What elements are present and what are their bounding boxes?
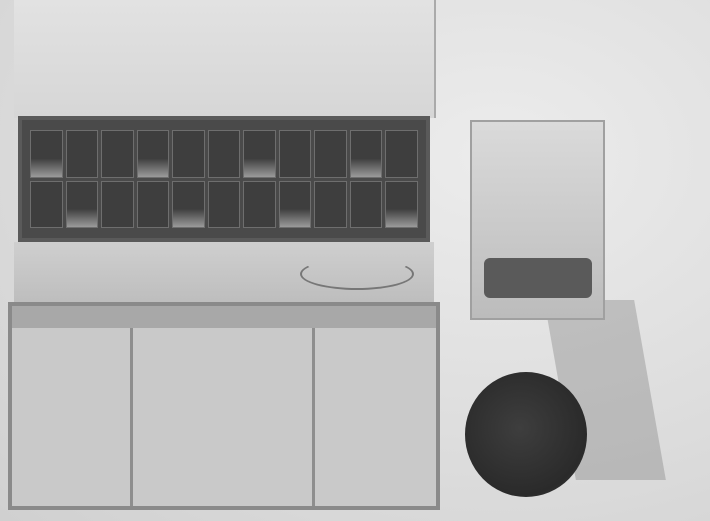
paint-well <box>101 181 134 229</box>
paint-well <box>208 130 241 178</box>
paint-well <box>172 130 205 178</box>
paint-well <box>243 181 276 229</box>
paint-wells <box>30 130 418 228</box>
paint-well <box>385 130 418 178</box>
paint-well <box>350 130 383 178</box>
paint-well <box>243 130 276 178</box>
brush-loop <box>300 258 414 290</box>
palette-divider <box>312 328 315 506</box>
palette-divider <box>130 328 133 506</box>
paint-box-lid <box>14 0 436 118</box>
paint-well <box>137 130 170 178</box>
paint-well <box>66 181 99 229</box>
round-lid <box>465 372 587 497</box>
paint-well <box>30 130 63 178</box>
mixing-palette <box>8 302 440 510</box>
paint-well <box>314 130 347 178</box>
paint-well <box>279 130 312 178</box>
cup-water <box>484 258 592 298</box>
palette-rim <box>12 306 436 328</box>
paint-well <box>101 130 134 178</box>
paint-well <box>66 130 99 178</box>
paint-well <box>30 181 63 229</box>
paint-well <box>137 181 170 229</box>
paint-well <box>172 181 205 229</box>
water-cup <box>470 120 605 320</box>
paint-well <box>385 181 418 229</box>
paint-well-tray <box>18 116 430 242</box>
photo-scene <box>0 0 710 521</box>
paint-well <box>208 181 241 229</box>
paint-well <box>350 181 383 229</box>
paint-well <box>279 181 312 229</box>
paint-well <box>314 181 347 229</box>
